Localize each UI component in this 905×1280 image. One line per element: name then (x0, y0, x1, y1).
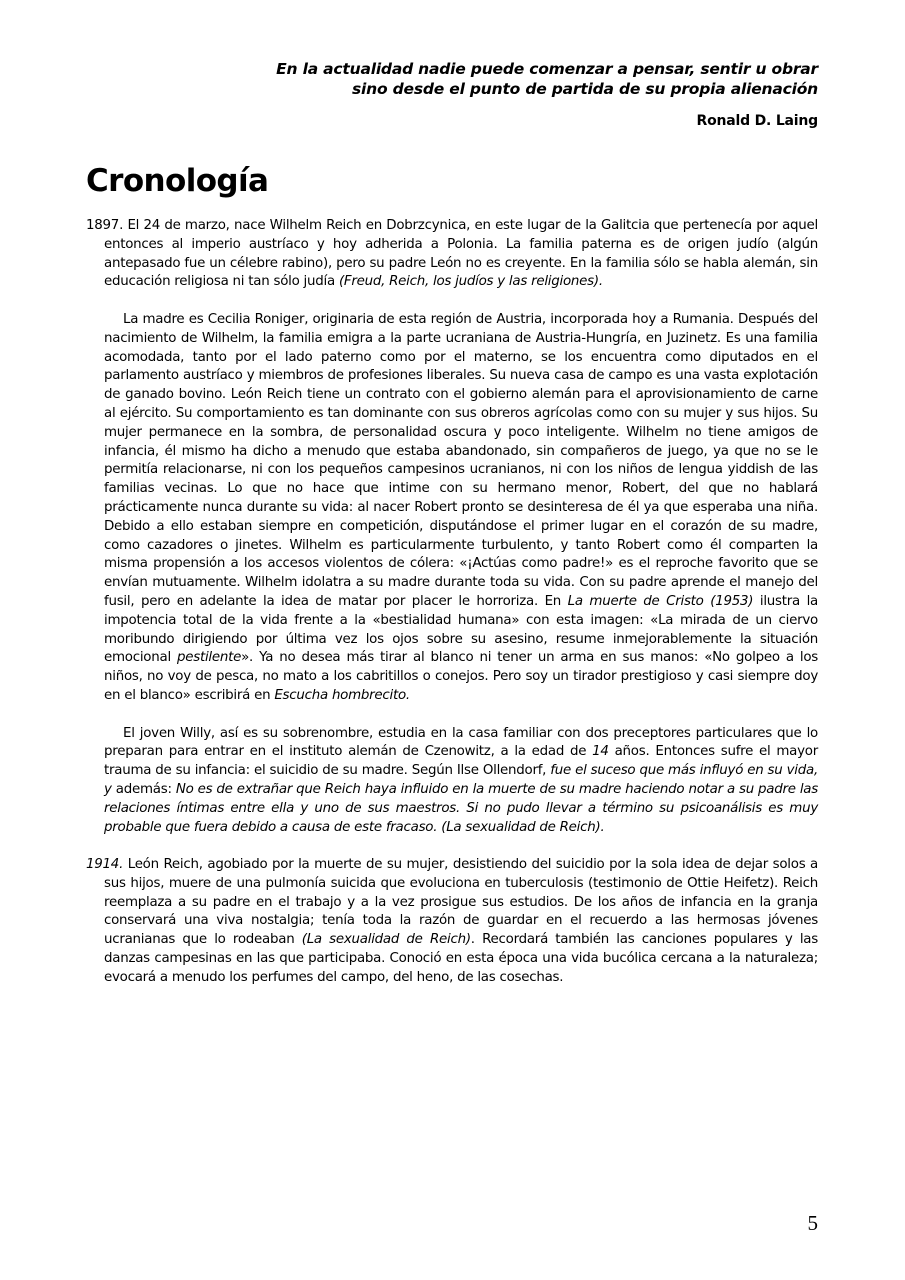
paragraph: 1897. El 24 de marzo, nace Wilhelm Reich… (86, 217, 818, 292)
epigraph-line: sino desde el punto de partida de su pro… (86, 80, 818, 100)
paragraph: El joven Willy, así es su sobrenombre, e… (86, 725, 818, 838)
page-number: 5 (808, 1212, 819, 1234)
paragraph: 1914. León Reich, agobiado por la muerte… (86, 856, 818, 988)
italic-text-segment: 14 (592, 744, 609, 759)
epigraph-line: En la actualidad nadie puede comenzar a … (86, 60, 818, 80)
document-page: En la actualidad nadie puede comenzar a … (0, 0, 905, 1280)
epigraph-author: Ronald D. Laing (86, 112, 818, 131)
paragraph: La madre es Cecilia Roniger, originaria … (86, 311, 818, 706)
italic-text-segment: pestilente (177, 650, 241, 665)
italic-text-segment: No es de extrañar que Reich haya influid… (104, 782, 818, 835)
date-label: 1897. (86, 218, 127, 233)
date-label: 1914. (86, 857, 128, 872)
epigraph: En la actualidad nadie puede comenzar a … (86, 60, 818, 131)
italic-text-segment: Escucha hombrecito. (274, 688, 410, 703)
italic-text-segment: (Freud, Reich, los judíos y las religion… (339, 274, 603, 289)
page-title: Cronología (86, 162, 818, 200)
italic-text-segment: (La sexualidad de Reich) (302, 932, 471, 947)
text-segment: La madre es Cecilia Roniger, originaria … (104, 312, 818, 609)
chronology-paragraphs: 1897. El 24 de marzo, nace Wilhelm Reich… (86, 217, 818, 988)
italic-text-segment: La muerte de Cristo (1953) (568, 594, 754, 609)
text-segment: además: (112, 782, 176, 797)
